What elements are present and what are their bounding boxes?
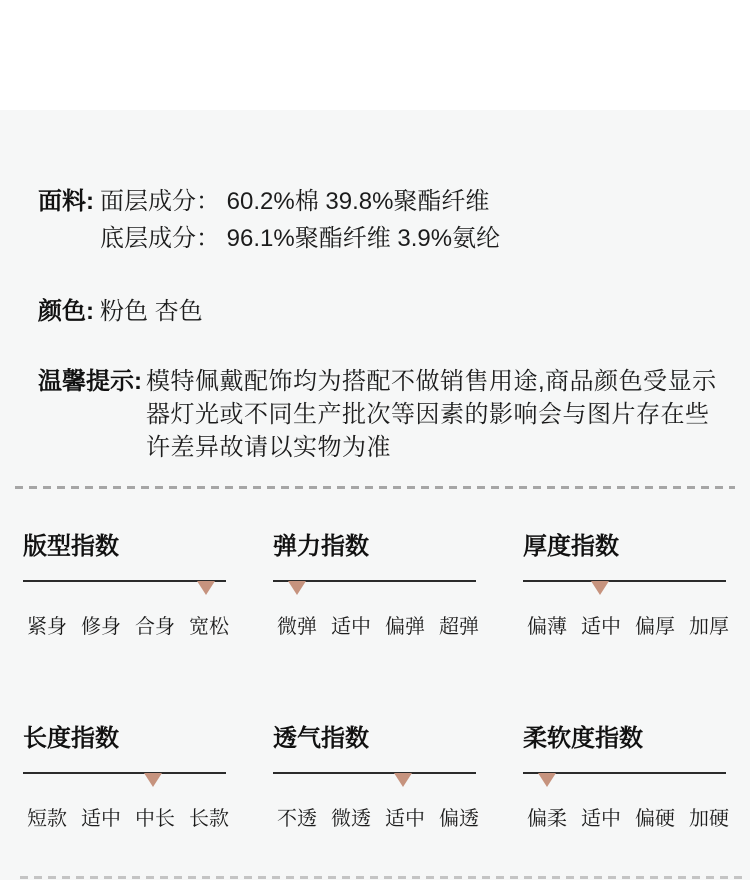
triangle-down-marker-icon — [538, 773, 556, 787]
index-option: 不透 — [277, 802, 317, 831]
index-scale-line — [523, 580, 726, 582]
index-options: 短款 适中 中长 长款 — [23, 802, 226, 831]
tips-text: 模特佩戴配饰均为搭配不做销售用途,商品颜色受显示器灯光或不同生产批次等因素的影响… — [146, 365, 724, 464]
dashed-divider-top — [15, 486, 735, 489]
index-option: 适中 — [581, 610, 621, 639]
index-option: 适中 — [385, 802, 425, 831]
product-info-panel: 面料: 面层成分： 60.2%棉 39.8%聚酯纤维 底层成分： 96.1%聚酯… — [0, 110, 750, 880]
index-option: 偏硬 — [635, 802, 675, 831]
product-detail-page: 面料: 面层成分： 60.2%棉 39.8%聚酯纤维 底层成分： 96.1%聚酯… — [0, 0, 750, 880]
fabric-composition: 面层成分： 60.2%棉 39.8%聚酯纤维 底层成分： 96.1%聚酯纤维 3… — [100, 183, 500, 257]
index-option: 微透 — [331, 802, 371, 831]
index-card-length: 长度指数 短款 适中 中长 长款 — [23, 726, 226, 831]
index-option: 适中 — [331, 610, 371, 639]
index-title: 厚度指数 — [523, 534, 726, 559]
index-title: 柔软度指数 — [523, 726, 726, 751]
index-option: 修身 — [81, 610, 121, 639]
index-title: 版型指数 — [23, 534, 226, 559]
index-options: 不透 微透 适中 偏透 — [273, 802, 476, 831]
index-card-thickness: 厚度指数 偏薄 适中 偏厚 加厚 — [523, 534, 726, 639]
product-info-section: 面料: 面层成分： 60.2%棉 39.8%聚酯纤维 底层成分： 96.1%聚酯… — [0, 110, 750, 464]
index-card-elasticity: 弹力指数 微弹 适中 偏弹 超弹 — [273, 534, 476, 639]
index-option: 中长 — [135, 802, 175, 831]
tips-row: 温馨提示: 模特佩戴配饰均为搭配不做销售用途,商品颜色受显示器灯光或不同生产批次… — [38, 365, 724, 464]
index-option: 偏柔 — [527, 802, 567, 831]
index-scale-line — [523, 772, 726, 774]
fabric-top-layer: 面层成分： 60.2%棉 39.8%聚酯纤维 — [100, 183, 500, 220]
index-option: 加硬 — [689, 802, 729, 831]
index-option: 长款 — [189, 802, 229, 831]
index-title: 弹力指数 — [273, 534, 476, 559]
index-card-fit: 版型指数 紧身 修身 合身 宽松 — [23, 534, 226, 639]
index-options: 偏柔 适中 偏硬 加硬 — [523, 802, 726, 831]
triangle-down-marker-icon — [144, 773, 162, 787]
color-value: 粉色 杏色 — [100, 293, 203, 327]
index-scale-line — [273, 772, 476, 774]
index-card-softness: 柔软度指数 偏柔 适中 偏硬 加硬 — [523, 726, 726, 831]
tips-label: 温馨提示: — [38, 365, 146, 398]
index-option: 偏薄 — [527, 610, 567, 639]
index-option: 宽松 — [189, 610, 229, 639]
index-option: 合身 — [135, 610, 175, 639]
color-label: 颜色: — [38, 293, 100, 327]
index-option: 偏厚 — [635, 610, 675, 639]
triangle-down-marker-icon — [591, 581, 609, 595]
index-title: 透气指数 — [273, 726, 476, 751]
color-row: 颜色: 粉色 杏色 — [38, 293, 724, 327]
index-option: 紧身 — [27, 610, 67, 639]
triangle-down-marker-icon — [288, 581, 306, 595]
index-option: 超弹 — [439, 610, 479, 639]
index-option: 适中 — [81, 802, 121, 831]
index-options: 微弹 适中 偏弹 超弹 — [273, 610, 476, 639]
index-scale-line — [273, 580, 476, 582]
index-option: 适中 — [581, 802, 621, 831]
index-options: 偏薄 适中 偏厚 加厚 — [523, 610, 726, 639]
index-options: 紧身 修身 合身 宽松 — [23, 610, 226, 639]
index-option: 短款 — [27, 802, 67, 831]
fabric-bottom-layer: 底层成分： 96.1%聚酯纤维 3.9%氨纶 — [100, 220, 500, 257]
index-grid-row-1: 版型指数 紧身 修身 合身 宽松 弹力指数 微弹 适中 — [0, 534, 750, 639]
index-grid-row-2: 长度指数 短款 适中 中长 长款 透气指数 不透 微透 — [0, 726, 750, 831]
index-option: 偏弹 — [385, 610, 425, 639]
index-title: 长度指数 — [23, 726, 226, 751]
index-option: 微弹 — [277, 610, 317, 639]
fabric-row: 面料: 面层成分： 60.2%棉 39.8%聚酯纤维 底层成分： 96.1%聚酯… — [38, 183, 724, 257]
triangle-down-marker-icon — [197, 581, 215, 595]
index-option: 加厚 — [689, 610, 729, 639]
index-option: 偏透 — [439, 802, 479, 831]
triangle-down-marker-icon — [394, 773, 412, 787]
dashed-divider-bottom — [20, 876, 742, 879]
index-card-breathability: 透气指数 不透 微透 适中 偏透 — [273, 726, 476, 831]
index-scale-line — [23, 772, 226, 774]
index-scale-line — [23, 580, 226, 582]
fabric-label: 面料: — [38, 183, 100, 220]
